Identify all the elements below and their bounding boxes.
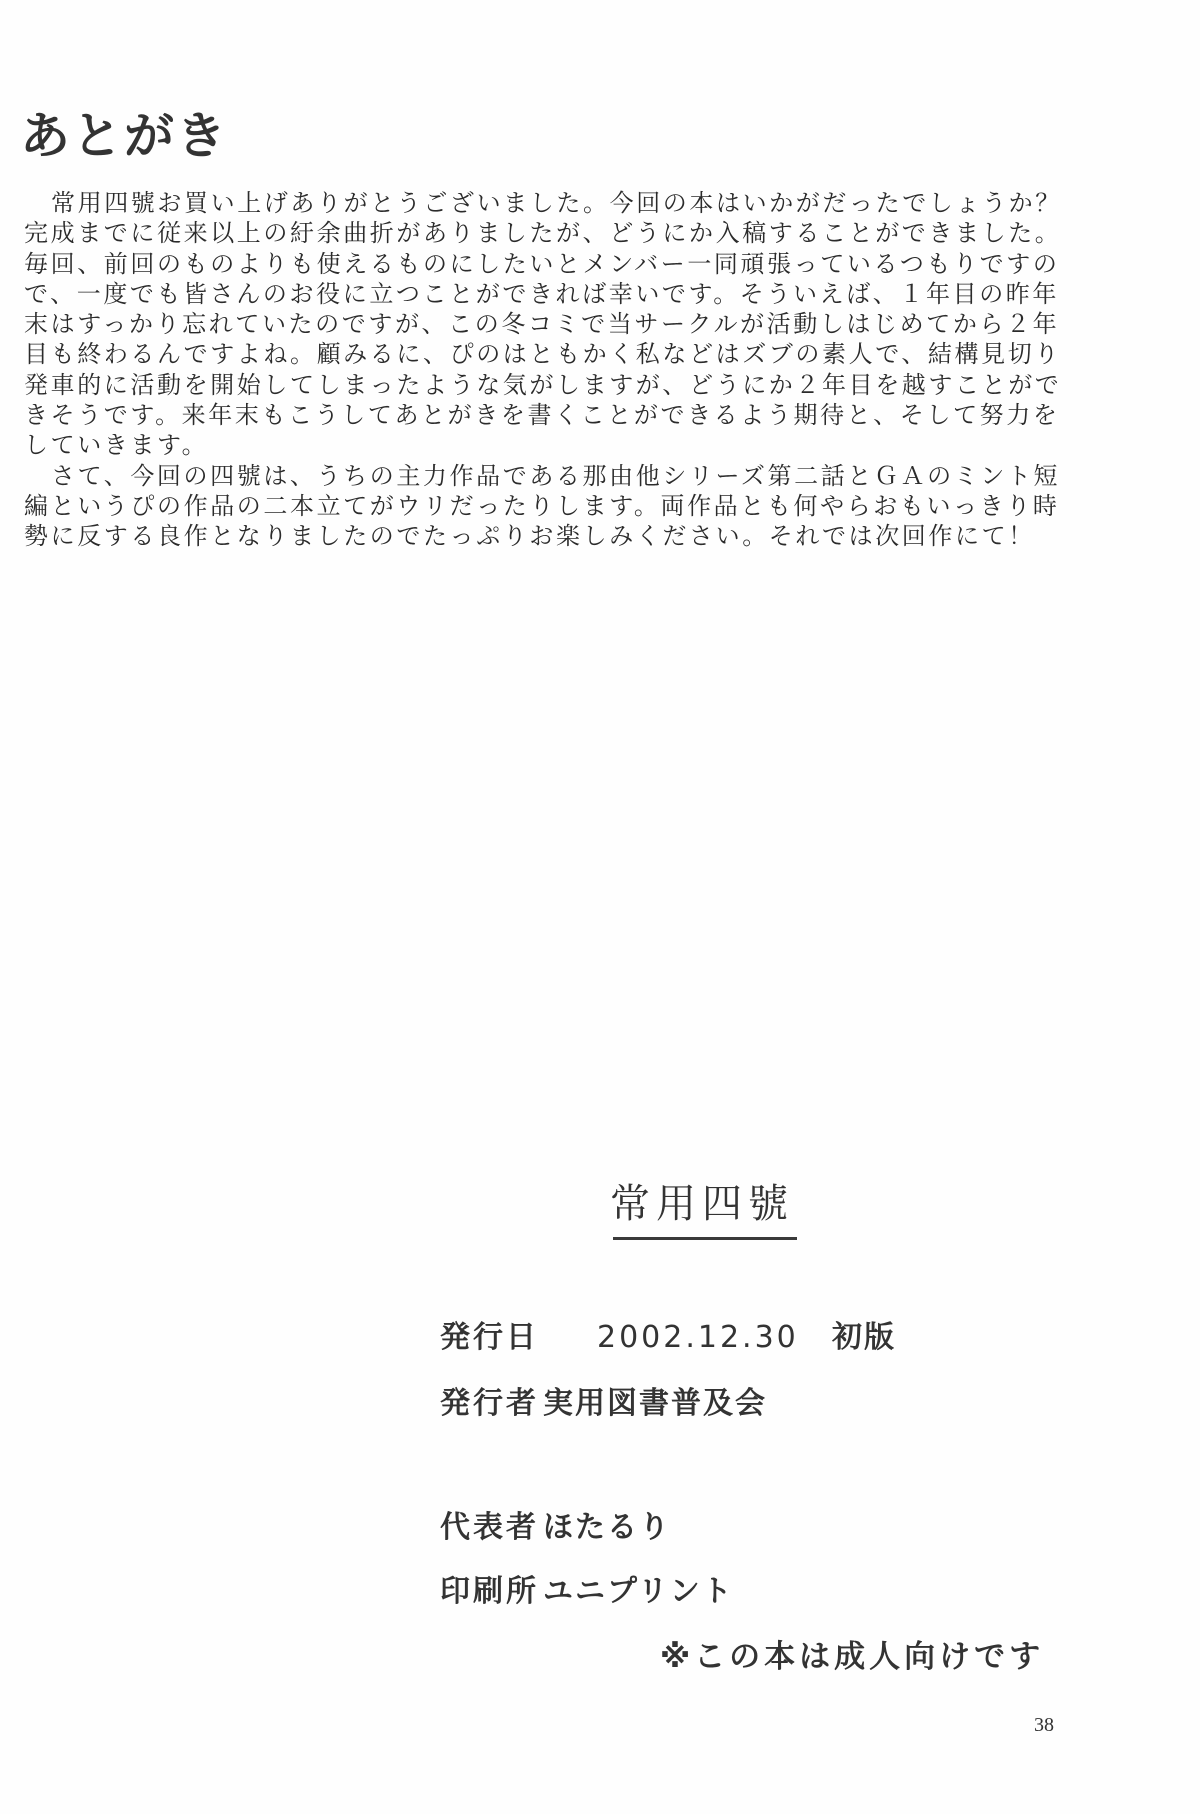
edition-label: 初版 <box>832 1318 896 1358</box>
body-line: 目も終わるんですよね。顧みるに、ぴのはともかく私などはズブの素人で、結構見切り <box>24 339 1074 369</box>
representative-label: 代表者 <box>440 1508 539 1548</box>
body-line: で、一度でも皆さんのお役に立つことができれば幸いです。そういえば、１年目の昨年 <box>24 279 1074 309</box>
body-line: 末はすっかり忘れていたのですが、この冬コミで当サークルが活動しはじめてから２年 <box>24 309 1074 339</box>
body-line: 編というぴの作品の二本立てがウリだったりします。両作品とも何やらおもいっきり時 <box>24 491 1074 521</box>
body-line: 完成までに従来以上の紆余曲折がありましたが、どうにか入稿することができました。 <box>24 218 1074 248</box>
page-number: 38 <box>1034 1713 1054 1737</box>
printer-label: 印刷所 <box>440 1572 539 1612</box>
body-line: きそうです。来年末もこうしてあとがきを書くことができるよう期待と、そして努力を <box>24 400 1074 430</box>
publisher-value: 実用図書普及会 <box>543 1384 767 1424</box>
afterword-heading: あとがき <box>20 106 228 166</box>
publish-date-label: 発行日 <box>440 1318 539 1358</box>
colophon-title: 常用四號 <box>610 1178 794 1230</box>
printer-value: ユニプリント <box>543 1572 734 1612</box>
representative-value: ほたるり <box>543 1508 671 1548</box>
body-line: 常用四號お買い上げありがとうございました。今回の本はいかがだったでしょうか？ <box>24 188 1074 218</box>
book-page: あとがき 常用四號お買い上げありがとうございました。今回の本はいかがだったでしょ… <box>0 0 1200 1814</box>
publisher-label: 発行者 <box>440 1384 539 1424</box>
body-line: 発車的に活動を開始してしまったような気がしますが、どうにか２年目を越すことがで <box>24 370 1074 400</box>
body-line: 勢に反する良作となりましたのでたっぷりお楽しみください。それでは次回作にて！ <box>24 521 1074 551</box>
body-line: 毎回、前回のものよりも使えるものにしたいとメンバー一同頑張っているつもりですの <box>24 249 1074 279</box>
afterword-body: 常用四號お買い上げありがとうございました。今回の本はいかがだったでしょうか？ 完… <box>24 188 1074 552</box>
body-line: していきます。 <box>24 430 1074 460</box>
body-line: さて、今回の四號は、うちの主力作品である那由他シリーズ第二話とＧＡのミント短 <box>24 461 1074 491</box>
adult-content-notice: ※この本は成人向けです <box>660 1637 1044 1677</box>
title-underline <box>613 1237 797 1240</box>
publish-date-value: 2002.12.30 <box>597 1318 799 1358</box>
